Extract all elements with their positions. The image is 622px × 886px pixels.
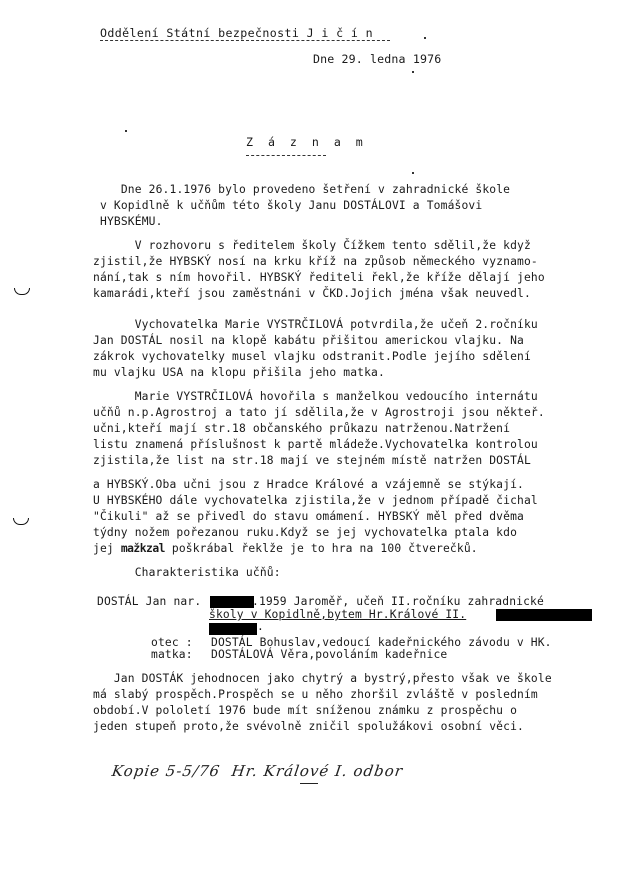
text-line: jeden stupeň proto,že svévolně zničil sp… — [93, 720, 524, 734]
redaction-box — [209, 623, 257, 635]
text-line: zjistila,že list na str.18 mají ve stejn… — [93, 454, 531, 468]
text-line: "Čikuli" až se přivedl do stavu omámení.… — [93, 510, 524, 524]
document-page: Oddělení Státní bezpečnosti J i č í n Dn… — [0, 0, 622, 886]
text-fragment: jej — [93, 542, 121, 555]
text-line: období.V pololetí 1976 bude mít sníženou… — [93, 704, 517, 718]
scan-speck — [125, 130, 127, 132]
header-underline — [100, 40, 390, 41]
characteristics-heading: Charakteristika učňů: — [93, 566, 281, 580]
text-line: má slabý prospěch.Prospěch se u něho zho… — [93, 688, 538, 702]
redaction-box — [210, 596, 254, 608]
redaction-box — [496, 609, 592, 621]
document-date: Dne 29. ledna 1976 — [313, 52, 441, 66]
handwritten-note: Kopie 5-5/76 Hr. Králové I. odbor — [111, 762, 405, 780]
text-line: učňů n.p.Agrostroj a tato jí sdělila,že … — [93, 406, 545, 420]
scan-speck — [412, 172, 414, 174]
dostal-address: školy v Kopidlně,bytem Hr.Králové II. — [209, 608, 466, 622]
text-line: a HYBSKÝ.Oba učni jsou z Hradce Králové … — [93, 478, 524, 492]
address-end: . — [257, 620, 264, 634]
handwritten-underline — [300, 783, 318, 784]
text-line: týdny nožem pořezanou ruku.Když se jej v… — [93, 526, 517, 540]
binder-hole-mark — [13, 518, 29, 525]
title-underline — [246, 155, 326, 156]
text-line: zjistil,že HYBSKÝ nosí na krku kříž na z… — [93, 255, 538, 269]
text-line: U HYBSKÉHO dále vychovatelka zjistila,že… — [93, 494, 538, 508]
text-fragment: poškrábal řeklže je to hra na 100 čtvere… — [172, 542, 478, 555]
text-line: v Kopidlně k učňům této školy Janu DOSTÁ… — [100, 199, 482, 213]
text-line: V rozhovoru s ředitelem školy Čížkem ten… — [93, 239, 531, 253]
scan-speck — [424, 37, 426, 39]
text-line: Vychovatelka Marie VYSTRČILOVÁ potvrdila… — [93, 318, 538, 332]
text-line: kamarádi,kteří jsou zaměstnáni v ČKD.Joj… — [93, 287, 531, 301]
text-line: Jan DOSTÁK jehodnocen jako chytrý a byst… — [93, 672, 552, 686]
dostal-birth: .1959 Jaroměř, učeň II.ročníku zahradnic… — [252, 595, 544, 609]
scan-speck — [412, 71, 414, 73]
text-line: HYBSKÉMU. — [100, 215, 163, 229]
text-line: Jan DOSTÁL nosil na klopě kabátu přišito… — [93, 334, 524, 348]
binder-hole-mark — [14, 288, 30, 295]
text-line: nání,tak s ním hovořil. HYBSKÝ řediteli … — [93, 271, 545, 285]
text-line: učni,kteří mají str.18 občanského průkaz… — [93, 422, 510, 436]
mother-label: matka: — [151, 648, 193, 662]
text-line: listu znamená příslušnost k partě mládež… — [93, 438, 538, 452]
document-title: Z á z n a m — [246, 135, 367, 149]
mother-info: DOSTÁLOVÁ Věra,povoláním kadeřnice — [211, 648, 447, 662]
text-line: mu vlajku USA na klopu přišila jeho matk… — [93, 366, 385, 380]
dostal-lead: DOSTÁL Jan nar. — [97, 595, 201, 609]
text-line: Dne 26.1.1976 bylo provedeno šetření v z… — [100, 183, 510, 197]
text-line: zákrok vychovatelky musel vlajku odstran… — [93, 350, 531, 364]
text-line: Marie VYSTRČILOVÁ hovořila s manželkou v… — [93, 390, 538, 404]
text-line: jej mažkzal poškrábal řeklže je to hra n… — [93, 542, 478, 556]
struck-word: mažkzal — [121, 542, 165, 555]
department-header: Oddělení Státní bezpečnosti J i č í n — [100, 26, 373, 40]
